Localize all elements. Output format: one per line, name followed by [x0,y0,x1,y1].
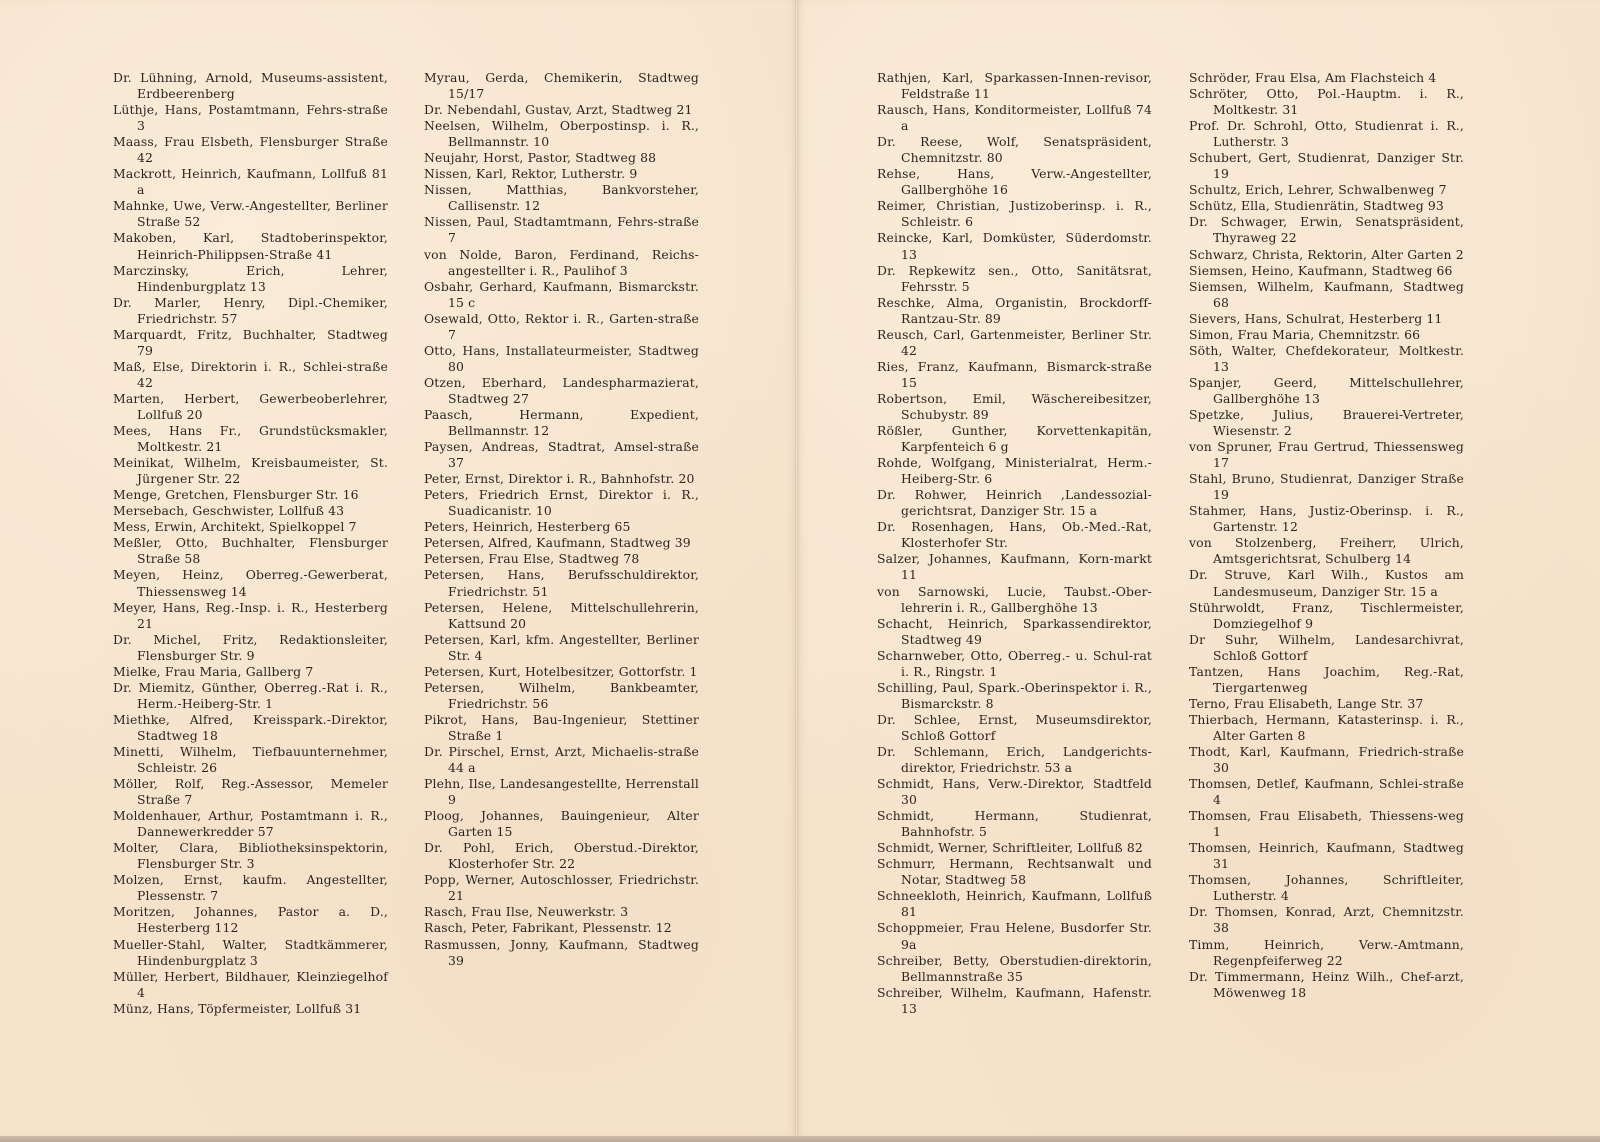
directory-entry: Mackrott, Heinrich, Kaufmann, Lollfuß 81… [113,166,388,198]
directory-column-1: Dr. Lühning, Arnold, Museums-assistent, … [113,70,388,1017]
directory-entry: Tantzen, Hans Joachim, Reg.-Rat, Tiergar… [1189,664,1464,696]
directory-entry: Otzen, Eberhard, Landespharmazierat, Sta… [424,375,699,407]
directory-entry: Dr. Pirschel, Ernst, Arzt, Michaelis-str… [424,744,699,776]
directory-entry: Reincke, Karl, Domküster, Süderdomstr. 1… [877,230,1152,262]
directory-entry: Mersebach, Geschwister, Lollfuß 43 [113,503,388,519]
directory-entry: Rohde, Wolfgang, Ministerialrat, Herm.-H… [877,455,1152,487]
directory-entry: Müller, Herbert, Bildhauer, Kleinziegelh… [113,969,388,1001]
directory-column-3: Rathjen, Karl, Sparkassen-Innen-revisor,… [877,70,1152,1017]
directory-entry: Petersen, Alfred, Kaufmann, Stadtweg 39 [424,535,699,551]
directory-entry: Plehn, Ilse, Landesangestellte, Herrenst… [424,776,699,808]
directory-entry: Dr. Repkewitz sen., Otto, Sanitätsrat, F… [877,263,1152,295]
directory-entry: Dr. Pohl, Erich, Oberstud.-Direktor, Klo… [424,840,699,872]
directory-entry: Rasmussen, Jonny, Kaufmann, Stadtweg 39 [424,937,699,969]
directory-entry: Mueller-Stahl, Walter, Stadtkämmerer, Hi… [113,937,388,969]
directory-entry: Timm, Heinrich, Verw.-Amtmann, Regenpfei… [1189,937,1464,969]
directory-entry: Petersen, Hans, Berufsschuldirektor, Fri… [424,567,699,599]
directory-entry: Stahl, Bruno, Studienrat, Danziger Straß… [1189,471,1464,503]
directory-entry: Münz, Hans, Töpfermeister, Lollfuß 31 [113,1001,388,1017]
directory-entry: Ries, Franz, Kaufmann, Bismarck-straße 1… [877,359,1152,391]
directory-entry: Nissen, Karl, Rektor, Lutherstr. 9 [424,166,699,182]
directory-entry: Dr. Timmermann, Heinz Wilh., Chef-arzt, … [1189,969,1464,1001]
directory-entry: Thierbach, Hermann, Katasterinsp. i. R.,… [1189,712,1464,744]
directory-entry: Sievers, Hans, Schulrat, Hesterberg 11 [1189,311,1464,327]
directory-entry: Siemsen, Wilhelm, Kaufmann, Stadtweg 68 [1189,279,1464,311]
directory-entry: Dr. Schlee, Ernst, Museumsdirektor, Schl… [877,712,1152,744]
directory-entry: Schacht, Heinrich, Sparkassendirektor, S… [877,616,1152,648]
directory-entry: Schütz, Ella, Studienrätin, Stadtweg 93 [1189,198,1464,214]
directory-entry: Möller, Rolf, Reg.-Assessor, Memeler Str… [113,776,388,808]
directory-entry: Dr. Struve, Karl Wilh., Kustos am Landes… [1189,567,1464,599]
directory-entry: Molter, Clara, Bibliotheksinspektorin, F… [113,840,388,872]
directory-entry: Thodt, Karl, Kaufmann, Friedrich-straße … [1189,744,1464,776]
directory-entry: Moldenhauer, Arthur, Postamtmann i. R., … [113,808,388,840]
directory-entry: von Stolzenberg, Freiherr, Ulrich, Amtsg… [1189,535,1464,567]
directory-entry: Otto, Hans, Installateurmeister, Stadtwe… [424,343,699,375]
directory-entry: Dr. Marler, Henry, Dipl.-Chemiker, Fried… [113,295,388,327]
directory-entry: von Sarnowski, Lucie, Taubst.-Ober-lehre… [877,584,1152,616]
directory-column-2: Myrau, Gerda, Chemikerin, Stadtweg 15/17… [424,70,699,969]
directory-entry: Ploog, Johannes, Bauingenieur, Alter Gar… [424,808,699,840]
directory-entry: Lüthje, Hans, Postamtmann, Fehrs-straße … [113,102,388,134]
directory-column-4: Schröder, Frau Elsa, Am Flachsteich 4Sch… [1189,70,1464,1001]
directory-entry: Moritzen, Johannes, Pastor a. D., Hester… [113,904,388,936]
directory-entry: Spanjer, Geerd, Mittelschullehrer, Gallb… [1189,375,1464,407]
directory-entry: Thomsen, Heinrich, Kaufmann, Stadtweg 31 [1189,840,1464,872]
page-bottom-edge [0,1136,1600,1142]
directory-entry: Makoben, Karl, Stadtoberinspektor, Heinr… [113,230,388,262]
directory-entry: Nissen, Paul, Stadtamtmann, Fehrs-straße… [424,214,699,246]
directory-entry: Dr. Rohwer, Heinrich ,Landessozial-geric… [877,487,1152,519]
directory-entry: Stührwoldt, Franz, Tischlermeister, Domz… [1189,600,1464,632]
directory-entry: Peters, Heinrich, Hesterberg 65 [424,519,699,535]
directory-entry: Menge, Gretchen, Flensburger Str. 16 [113,487,388,503]
left-page: Dr. Lühning, Arnold, Museums-assistent, … [0,0,797,1136]
directory-entry: Prof. Dr. Schrohl, Otto, Studienrat i. R… [1189,118,1464,150]
directory-entry: Nissen, Matthias, Bankvorsteher, Callise… [424,182,699,214]
directory-entry: Robertson, Emil, Wäschereibesitzer, Schu… [877,391,1152,423]
directory-entry: Peter, Ernst, Direktor i. R., Bahnhofstr… [424,471,699,487]
directory-entry: von Nolde, Baron, Ferdinand, Reichs-ange… [424,247,699,279]
directory-entry: Mees, Hans Fr., Grundstücksmakler, Moltk… [113,423,388,455]
directory-entry: Paasch, Hermann, Expedient, Bellmannstr.… [424,407,699,439]
directory-entry: Rehse, Hans, Verw.-Angestellter, Gallber… [877,166,1152,198]
directory-entry: Petersen, Kurt, Hotelbesitzer, Gottorfst… [424,664,699,680]
directory-entry: Rasch, Peter, Fabrikant, Plessenstr. 12 [424,920,699,936]
directory-entry: Schmidt, Hermann, Studienrat, Bahnhofstr… [877,808,1152,840]
directory-entry: Osewald, Otto, Rektor i. R., Garten-stra… [424,311,699,343]
directory-entry: Schreiber, Wilhelm, Kaufmann, Hafenstr. … [877,985,1152,1017]
directory-entry: Thomsen, Detlef, Kaufmann, Schlei-straße… [1189,776,1464,808]
directory-entry: Mielke, Frau Maria, Gallberg 7 [113,664,388,680]
directory-entry: Neujahr, Horst, Pastor, Stadtweg 88 [424,150,699,166]
directory-entry: Rathjen, Karl, Sparkassen-Innen-revisor,… [877,70,1152,102]
directory-entry: Dr. Schwager, Erwin, Senatspräsident, Th… [1189,214,1464,246]
directory-entry: Myrau, Gerda, Chemikerin, Stadtweg 15/17 [424,70,699,102]
directory-entry: Terno, Frau Elisabeth, Lange Str. 37 [1189,696,1464,712]
directory-entry: Pikrot, Hans, Bau-Ingenieur, Stettiner S… [424,712,699,744]
right-page: Rathjen, Karl, Sparkassen-Innen-revisor,… [797,0,1600,1136]
directory-entry: Petersen, Frau Else, Stadtweg 78 [424,551,699,567]
book-spine [795,0,798,1136]
directory-entry: Osbahr, Gerhard, Kaufmann, Bismarckstr. … [424,279,699,311]
directory-entry: Scharnweber, Otto, Oberreg.- u. Schul-ra… [877,648,1152,680]
directory-entry: Meyen, Heinz, Oberreg.-Gewerberat, Thies… [113,567,388,599]
directory-entry: Dr Suhr, Wilhelm, Landesarchivrat, Schlo… [1189,632,1464,664]
directory-entry: Reimer, Christian, Justizoberinsp. i. R.… [877,198,1152,230]
directory-entry: Meinikat, Wilhelm, Kreisbaumeister, St. … [113,455,388,487]
book-spread: Dr. Lühning, Arnold, Museums-assistent, … [0,0,1600,1142]
directory-entry: Maß, Else, Direktorin i. R., Schlei-stra… [113,359,388,391]
directory-entry: Schröter, Otto, Pol.-Hauptm. i. R., Molt… [1189,86,1464,118]
directory-entry: Dr. Rosenhagen, Hans, Ob.-Med.-Rat, Klos… [877,519,1152,551]
directory-entry: von Spruner, Frau Gertrud, Thiessensweg … [1189,439,1464,471]
directory-entry: Miethke, Alfred, Kreisspark.-Direktor, S… [113,712,388,744]
directory-entry: Schultz, Erich, Lehrer, Schwalbenweg 7 [1189,182,1464,198]
directory-entry: Reusch, Carl, Gartenmeister, Berliner St… [877,327,1152,359]
directory-entry: Marten, Herbert, Gewerbeoberlehrer, Loll… [113,391,388,423]
directory-entry: Schwarz, Christa, Rektorin, Alter Garten… [1189,247,1464,263]
directory-entry: Schreiber, Betty, Oberstudien-direktorin… [877,953,1152,985]
directory-entry: Schilling, Paul, Spark.-Oberinspektor i.… [877,680,1152,712]
directory-entry: Neelsen, Wilhelm, Oberpostinsp. i. R., B… [424,118,699,150]
directory-entry: Schmurr, Hermann, Rechtsanwalt und Notar… [877,856,1152,888]
directory-entry: Petersen, Karl, kfm. Angestellter, Berli… [424,632,699,664]
directory-entry: Meyer, Hans, Reg.-Insp. i. R., Hesterber… [113,600,388,632]
directory-entry: Peters, Friedrich Ernst, Direktor i. R.,… [424,487,699,519]
directory-entry: Rößler, Gunther, Korvettenkapitän, Karpf… [877,423,1152,455]
directory-entry: Schröder, Frau Elsa, Am Flachsteich 4 [1189,70,1464,86]
directory-entry: Mahnke, Uwe, Verw.-Angestellter, Berline… [113,198,388,230]
directory-entry: Petersen, Wilhelm, Bankbeamter, Friedric… [424,680,699,712]
directory-entry: Minetti, Wilhelm, Tiefbauunternehmer, Sc… [113,744,388,776]
directory-entry: Molzen, Ernst, kaufm. Angestellter, Ples… [113,872,388,904]
directory-entry: Siemsen, Heino, Kaufmann, Stadtweg 66 [1189,263,1464,279]
directory-entry: Thomsen, Frau Elisabeth, Thiessens-weg 1 [1189,808,1464,840]
directory-entry: Dr. Schlemann, Erich, Landgerichts-direk… [877,744,1152,776]
directory-entry: Schmidt, Werner, Schriftleiter, Lollfuß … [877,840,1152,856]
directory-entry: Petersen, Helene, Mittelschullehrerin, K… [424,600,699,632]
directory-entry: Marczinsky, Erich, Lehrer, Hindenburgpla… [113,263,388,295]
directory-entry: Dr. Lühning, Arnold, Museums-assistent, … [113,70,388,102]
directory-entry: Schubert, Gert, Studienrat, Danziger Str… [1189,150,1464,182]
directory-entry: Stahmer, Hans, Justiz-Oberinsp. i. R., G… [1189,503,1464,535]
directory-entry: Paysen, Andreas, Stadtrat, Amsel-straße … [424,439,699,471]
directory-entry: Söth, Walter, Chefdekorateur, Moltkestr.… [1189,343,1464,375]
directory-entry: Simon, Frau Maria, Chemnitzstr. 66 [1189,327,1464,343]
directory-entry: Rasch, Frau Ilse, Neuwerkstr. 3 [424,904,699,920]
directory-entry: Dr. Nebendahl, Gustav, Arzt, Stadtweg 21 [424,102,699,118]
directory-entry: Popp, Werner, Autoschlosser, Friedrichst… [424,872,699,904]
directory-entry: Meßler, Otto, Buchhalter, Flensburger St… [113,535,388,567]
directory-entry: Schoppmeier, Frau Helene, Busdorfer Str.… [877,920,1152,952]
directory-entry: Salzer, Johannes, Kaufmann, Korn-markt 1… [877,551,1152,583]
directory-entry: Dr. Reese, Wolf, Senatspräsident, Chemni… [877,134,1152,166]
directory-entry: Thomsen, Johannes, Schriftleiter, Luther… [1189,872,1464,904]
directory-entry: Spetzke, Julius, Brauerei-Vertreter, Wie… [1189,407,1464,439]
directory-entry: Maass, Frau Elsbeth, Flensburger Straße … [113,134,388,166]
directory-entry: Schmidt, Hans, Verw.-Direktor, Stadtfeld… [877,776,1152,808]
directory-entry: Rausch, Hans, Konditormeister, Lollfuß 7… [877,102,1152,134]
directory-entry: Dr. Thomsen, Konrad, Arzt, Chemnitzstr. … [1189,904,1464,936]
directory-entry: Marquardt, Fritz, Buchhalter, Stadtweg 7… [113,327,388,359]
directory-entry: Reschke, Alma, Organistin, Brockdorff-Ra… [877,295,1152,327]
directory-entry: Schneekloth, Heinrich, Kaufmann, Lollfuß… [877,888,1152,920]
directory-entry: Mess, Erwin, Architekt, Spielkoppel 7 [113,519,388,535]
directory-entry: Dr. Michel, Fritz, Redaktionsleiter, Fle… [113,632,388,664]
directory-entry: Dr. Miemitz, Günther, Oberreg.-Rat i. R.… [113,680,388,712]
